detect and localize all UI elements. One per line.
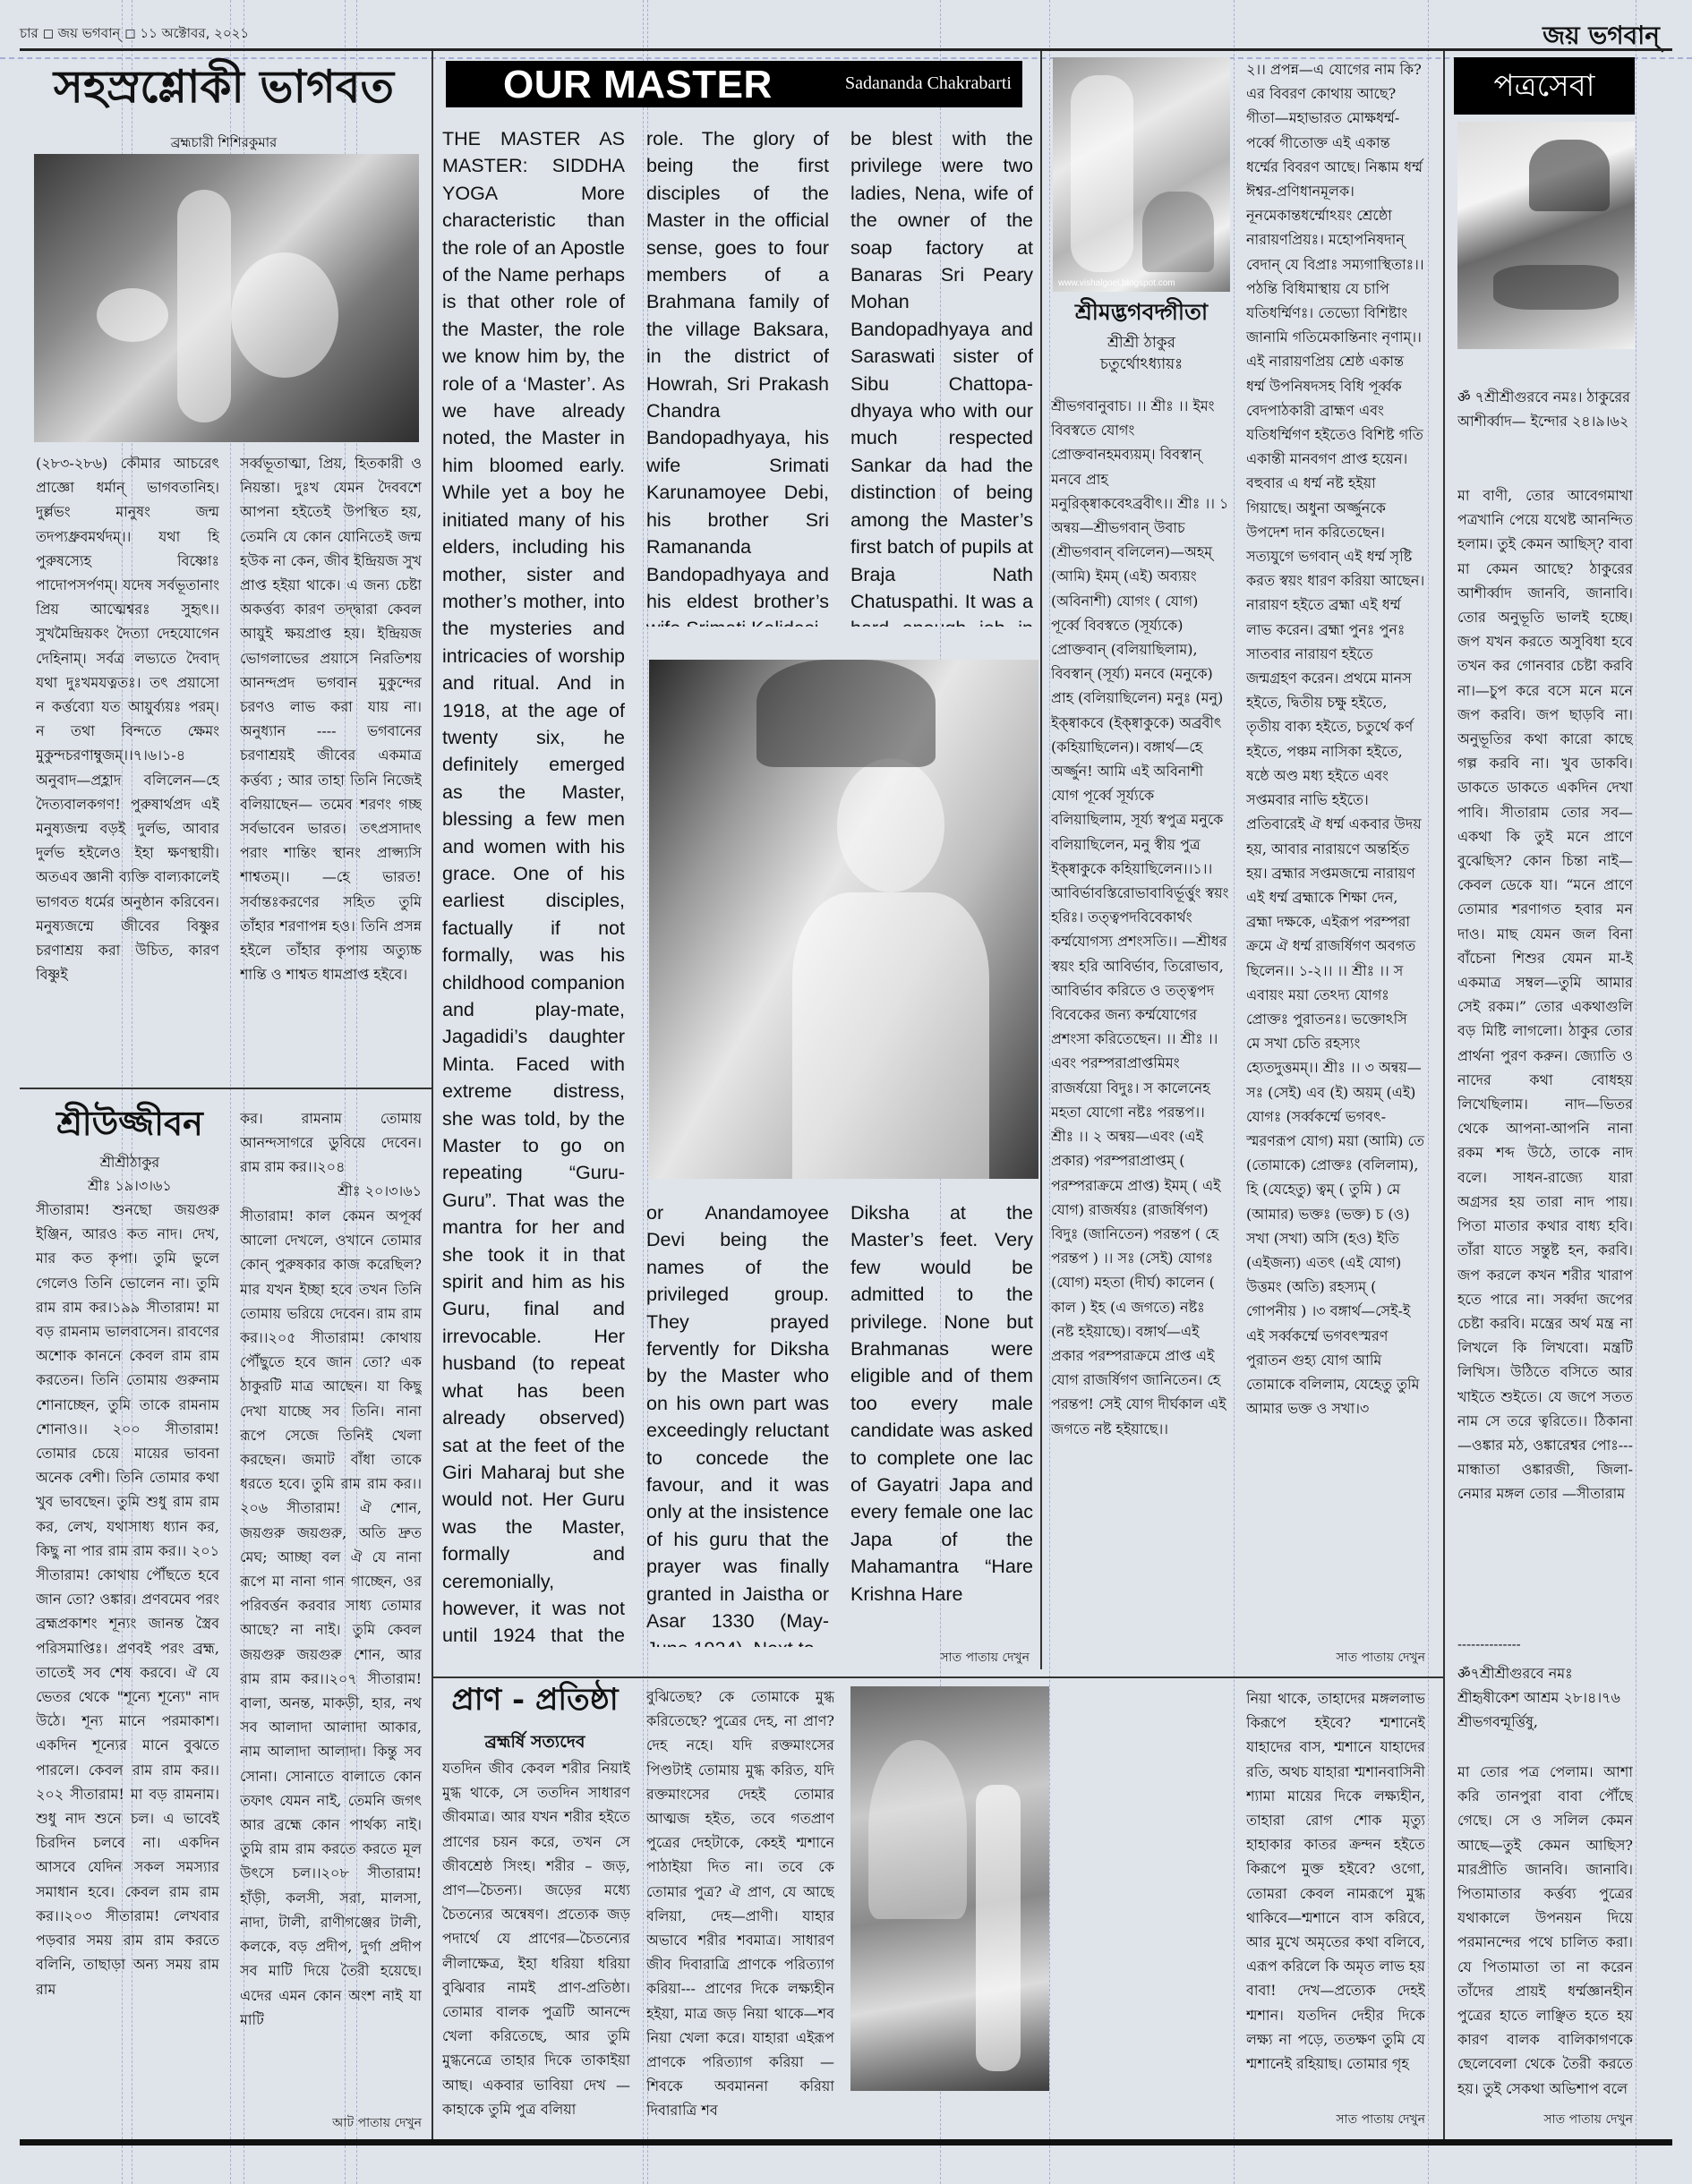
krishna-image bbox=[34, 154, 419, 442]
image-credit: www.vishalgoel.blogspot.com bbox=[1058, 278, 1175, 288]
pran-pratishtha-col1: যতদিন জীব কেবল শরীর নিয়াই মুগ্ধ থাকে, স… bbox=[442, 1756, 630, 2132]
ujjiban-author: শ্রীশ্রীঠাকুর bbox=[36, 1151, 224, 1175]
ujjiban-date-1: শ্রীঃ ১৯।৩।৬১ bbox=[36, 1174, 224, 1199]
our-master-col1: THE MASTER AS MASTER: SIDDHA YOGA More c… bbox=[442, 125, 625, 1647]
patraseba-letter1: মা বাণী, তোর আবেগমাখা পত্রখানি পেয়ে যথে… bbox=[1457, 483, 1633, 1638]
layout-guide bbox=[1428, 0, 1429, 2184]
pran-pratishtha-col3: নিয়া থাকে, তাহাদের মঙ্গললাভ কিরূপে হইবে… bbox=[1246, 1686, 1425, 2089]
our-master-author: Sadananda Chakrabarti bbox=[845, 73, 1012, 94]
bhagavat-text-col2: সর্ব্বভূতাত্মা, প্রিয়, হিতকারী ও নিয়ন্… bbox=[240, 451, 422, 1078]
layout-guide bbox=[1234, 0, 1235, 2184]
newspaper-brand: জয় ভগবান্ bbox=[1542, 16, 1660, 58]
layout-guide bbox=[643, 0, 644, 2184]
deity-with-devotee-image bbox=[850, 1686, 1049, 2091]
our-master-col2-bottom: or Anandamoyee Devi being the names of t… bbox=[646, 1199, 829, 1647]
column-divider bbox=[432, 51, 433, 2139]
patraseba-letter2: মা তোর পত্র পেলাম। আশা করি তানপুরা বাবা … bbox=[1457, 1760, 1633, 2100]
our-master-col2-top: role. The glory of being the first disci… bbox=[646, 125, 829, 627]
bhagavat-title: সহস্রশ্লোকী ভাগবত bbox=[27, 64, 421, 109]
pran-pratishtha-title: প্রাণ - প্রতিষ্ঠা bbox=[439, 1685, 631, 1715]
gita-text-col2: ২।। প্রপন্ন—এ যোগের নাম কি? এর বিবরণ কোথ… bbox=[1246, 57, 1425, 1642]
section-divider bbox=[20, 1088, 432, 1089]
letter-divider: -------------- bbox=[1457, 1638, 1633, 1652]
pran-pratishtha-author: ব্রহ্মর্ষি সত্যদেব bbox=[439, 1729, 631, 1758]
gita-chapter: চতুর্থোঽধ্যায়ঃ bbox=[1049, 353, 1234, 378]
bottom-rule bbox=[20, 2139, 1672, 2146]
pran-pratishtha-continued-link[interactable]: সাত পাতায় দেখুন bbox=[1246, 2109, 1425, 2130]
our-master-title: OUR MASTER bbox=[503, 63, 773, 107]
section-divider bbox=[432, 1676, 1443, 1678]
patraseba-letter1-header: ॐ ৭শ্রীশ্রীগুরবে নমঃ। ঠাকুরের আশীর্ব্বাদ… bbox=[1457, 385, 1633, 483]
master-portrait-image bbox=[649, 660, 1038, 1179]
ujjiban-date-2: শ্রীঃ ২০।৩।৬১ bbox=[240, 1180, 422, 1204]
ujjiban-text-col2-top: কর। রামনাম তোমায় আনন্দসাগরে ডুবিয়ে দেব… bbox=[240, 1106, 422, 1180]
gita-title: শ্রীমদ্ভগবদ্গীতা bbox=[1049, 301, 1234, 323]
our-master-banner: OUR MASTER Sadananda Chakrabarti bbox=[446, 61, 1022, 107]
ujjiban-continued-link[interactable]: আট পাতায় দেখুন bbox=[240, 2112, 422, 2134]
column-divider bbox=[1443, 51, 1445, 2139]
bhagavat-text-col1: (২৮৩-২৮৬) কৌমার আচরেৎ প্রাজ্ঞো ধর্মান্ ভ… bbox=[36, 451, 219, 1078]
saint-writing-image bbox=[1457, 122, 1635, 349]
layout-guide bbox=[1636, 0, 1636, 2184]
layout-guide bbox=[0, 57, 1692, 59]
patraseba-banner: পত্রসেবা bbox=[1454, 57, 1635, 115]
ujjiban-title: শ্রীউজ্জীবন bbox=[36, 1106, 224, 1140]
patraseba-continued-link[interactable]: সাত পাতায় দেখুন bbox=[1457, 2109, 1633, 2130]
our-master-col3-top: be blest with the privilege were two lad… bbox=[850, 125, 1033, 627]
gita-text-col1: শ্রীভগবানুবাচ। ।। শ্রীঃ ।। ইমং বিবস্বতে … bbox=[1051, 394, 1230, 1656]
our-master-continued-link[interactable]: সাত পাতায় দেখুন bbox=[850, 1647, 1030, 1668]
ujjiban-text-col2: সীতারাম! কাল কেমন অপূর্ব্ব আলো দেখলে, ওখ… bbox=[240, 1204, 422, 2099]
our-master-col3-bottom: Diksha at the Master’s feet. Very few wo… bbox=[850, 1199, 1033, 1620]
column-divider bbox=[1040, 51, 1042, 1669]
top-rule bbox=[20, 48, 1672, 51]
pran-pratishtha-col2: বুঝিতেছ? কে তোমাকে মুগ্ধ করিতেছে? পুত্রে… bbox=[646, 1685, 834, 2132]
page-folio: চার ◻ জয় ভগবান্ ◻ ১১ অক্টোবর, ২০২১ bbox=[20, 23, 249, 46]
patraseba-letter2-header: ॐ৭শ্রীশ্রীগুরবে নমঃ শ্রীহৃষীকেশ আশ্রম ২৮… bbox=[1457, 1661, 1633, 1760]
gita-continued-link[interactable]: সাত পাতায় দেখুন bbox=[1246, 1647, 1425, 1668]
krishna-arjuna-image: www.vishalgoel.blogspot.com bbox=[1053, 57, 1230, 292]
ujjiban-text-col1: সীতারাম! শুনছো জয়গুরু ইঞ্জিন, আরও কত না… bbox=[36, 1198, 219, 2137]
layout-guide bbox=[1049, 0, 1050, 2184]
bhagavat-author: ব্রহ্মচারী শিশিরকুমার bbox=[27, 132, 421, 155]
